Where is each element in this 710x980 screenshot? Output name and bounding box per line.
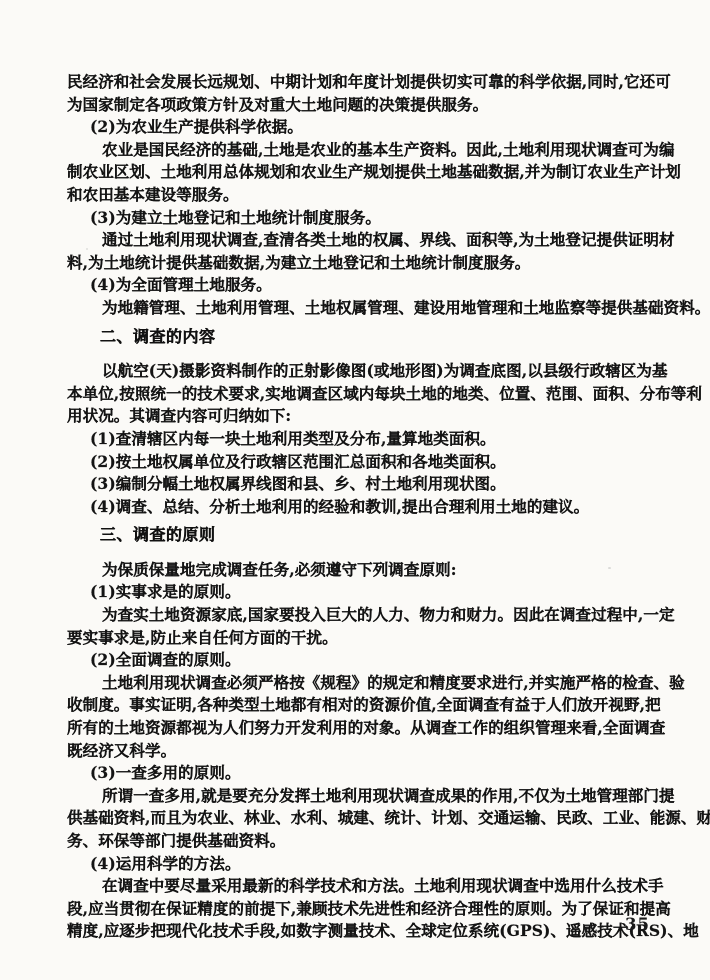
document-page: 民经济和社会发展长远规划、中期计划和年度计划提供切实可靠的科学依据,同时,它还可… [0, 0, 710, 980]
text-line: 务、环保等部门提供基础资料。 [67, 830, 659, 853]
text-line: 通过土地利用现状调查,查清各类土地的权属、界线、面积等,为土地登记提供证明材 [67, 229, 659, 252]
scan-speck [608, 567, 611, 569]
scan-speck [413, 100, 416, 102]
numbered-item-line: (3)一查多用的原则。 [67, 762, 659, 785]
text-line: 土地利用现状调查必须严格按《规程》的规定和精度要求进行,并实施严格的检查、验 [67, 672, 659, 695]
numbered-item-line: (4)为全面管理土地服务。 [67, 274, 659, 297]
text-line: 本单位,按照统一的技术要求,实地调查区域内每块土地的地类、位置、范围、面积、分布… [67, 383, 659, 406]
numbered-item-line: (3)编制分幅土地权属界线图和县、乡、村土地利用现状图。 [67, 473, 659, 496]
scan-speck [424, 313, 427, 316]
numbered-item-line: (1)实事求是的原则。 [67, 581, 659, 604]
text-line: 要实事求是,防止来自任何方面的干扰。 [67, 627, 659, 650]
text-line: 所谓一查多用,就是要充分发挥土地利用现状调查成果的作用,不仅为土地管理部门提 [67, 785, 659, 808]
numbered-item-line: (3)为建立土地登记和土地统计制度服务。 [67, 207, 659, 230]
text-line: 以航空(天)摄影资料制作的正射影像图(或地形图)为调查底图,以县级行政辖区为基 [67, 360, 659, 383]
text-line: 所有的土地资源都视为人们努力开发利用的对象。从调查工作的组织管理来看,全面调查 [67, 717, 659, 740]
text-line: 精度,应逐步把现代化技术手段,如数字测量技术、全球定位系统(GPS)、遥感技术(… [67, 920, 659, 943]
text-line: 收制度。事实证明,各种类型土地都有相对的资源价值,全面调查有益于人们放开视野,把 [67, 694, 659, 717]
section-heading: 二、调查的内容 [67, 326, 659, 349]
text-line: 用状况。其调查内容可归纳如下: [67, 405, 659, 428]
section-heading: 三、调查的原则 [67, 524, 659, 547]
numbered-item-line: (2)为农业生产提供科学依据。 [67, 116, 659, 139]
text-line: 在调查中要尽量采用最新的科学技术和方法。土地利用现状调查中选用什么技术手 [67, 875, 659, 898]
numbered-item-line: (4)运用科学的方法。 [67, 853, 659, 876]
text-line: 段,应当贯彻在保证精度的前提下,兼顾技术先进性和经济合理性的原则。为了保证和提高 [67, 898, 659, 921]
text-line: 料,为土地统计提供基础数据,为建立土地登记和土地统计制度服务。 [67, 252, 659, 275]
numbered-item-line: (1)查清辖区内每一块土地利用类型及分布,量算地类面积。 [67, 428, 659, 451]
text-line: 为地籍管理、土地利用管理、土地权属管理、建设用地管理和土地监察等提供基础资料。 [67, 297, 659, 320]
scan-speck [86, 248, 88, 250]
numbered-item-line: (2)按土地权属单位及行政辖区范围汇总面积和各地类面积。 [67, 451, 659, 474]
text-line: 为查实土地资源家底,国家要投入巨大的人力、物力和财力。因此在调查过程中,一定 [67, 604, 659, 627]
numbered-item-line: (2)全面调查的原则。 [67, 649, 659, 672]
text-line: 民经济和社会发展长远规划、中期计划和年度计划提供切实可靠的科学依据,同时,它还可 [67, 71, 659, 94]
text-line: 为保质保量地完成调查任务,必须遵守下列调查原则: [67, 559, 659, 582]
scan-speck [363, 104, 366, 106]
text-line: 农业是国民经济的基础,土地是农业的基本生产资料。因此,土地利用现状调查可为编 [67, 139, 659, 162]
document-body: 民经济和社会发展长远规划、中期计划和年度计划提供切实可靠的科学依据,同时,它还可… [67, 71, 659, 943]
text-line: 制农业区划、土地利用总体规划和农业生产规划提供土地基础数据,并为制订农业生产计划 [67, 161, 659, 184]
page-number: 35 [625, 915, 650, 934]
text-line: 供基础资料,而且为农业、林业、水利、城建、统计、计划、交通运输、民政、工业、能源… [67, 807, 659, 830]
text-line: 和农田基本建设等服务。 [67, 184, 659, 207]
numbered-item-line: (4)调查、总结、分析土地利用的经验和教训,提出合理利用土地的建议。 [67, 496, 659, 519]
text-line: 既经济又科学。 [67, 740, 659, 763]
